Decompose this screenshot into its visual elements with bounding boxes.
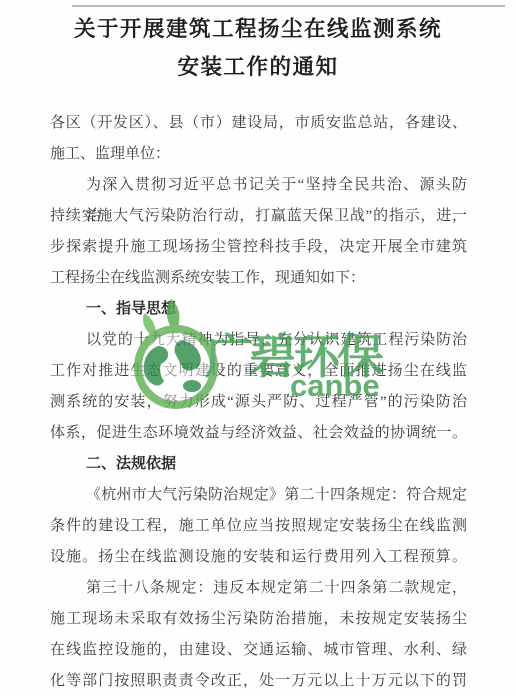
doc-line: 以党的十九大精神为指导，充分认识建筑工程污染防治 [50,325,467,356]
doc-line: 工程扬尘在线监测系统安装工作，现通知如下： [50,263,467,294]
doc-line: 第三十八条规定：违反本规定第二十四条第二款规定， [50,573,467,604]
document-body: 各区（开发区）、县（市）建设局，市质安监总站，各建设、施工、监理单位：为深入贯彻… [50,108,467,696]
doc-line: 条件的建设工程，施工单位应当按照规定安装扬尘在线监测 [50,511,467,542]
doc-line: 步探索提升施工现场扬尘管控科技手段，决定开展全市建筑 [50,232,467,263]
doc-line: 体系，促进生态环境效益与经济效益、社会效益的协调统一。 [50,418,467,449]
section-heading: 一、指导思想 [50,294,467,325]
doc-line: 各区（开发区）、县（市）建设局，市质安监总站，各建设、 [50,108,467,139]
document-title: 关于开展建筑工程扬尘在线监测系统 安装工作的通知 [0,10,516,86]
title-line-1: 关于开展建筑工程扬尘在线监测系统 [0,10,516,48]
doc-line: 持续实施大气污染防治行动，打赢蓝天保卫战”的指示，进一 [50,201,467,232]
section-heading: 二、法规依据 [50,449,467,480]
doc-line: 《杭州市大气污染防治规定》第二十四条规定：符合规定 [50,480,467,511]
title-line-2: 安装工作的通知 [0,48,516,86]
doc-line: 设施。扬尘在线监测设施的安装和运行费用列入工程预算。 [50,542,467,573]
doc-line: 测系统的安装，努力形成“源头严防、过程严管”的污染防治 [50,387,467,418]
doc-line: 化等部门按照职责责令改正，处一万元以上十万元以下的罚 [50,666,467,696]
doc-line: 在线监控设施的，由建设、交通运输、城市管理、水利、绿 [50,635,467,666]
doc-line: 施工现场未采取有效扬尘污染防治措施，未按规定安装扬尘 [50,604,467,635]
doc-line: 工作对推进生态文明建设的重要意义，全面推进扬尘在线监 [50,356,467,387]
doc-line: 为深入贯彻习近平总书记关于“坚持全民共治、源头防治， [50,170,467,201]
document-page: 关于开展建筑工程扬尘在线监测系统 安装工作的通知 各区（开发区）、县（市）建设局… [0,0,516,696]
doc-line: 施工、监理单位： [50,139,467,170]
page-top-edge-line [72,5,505,7]
